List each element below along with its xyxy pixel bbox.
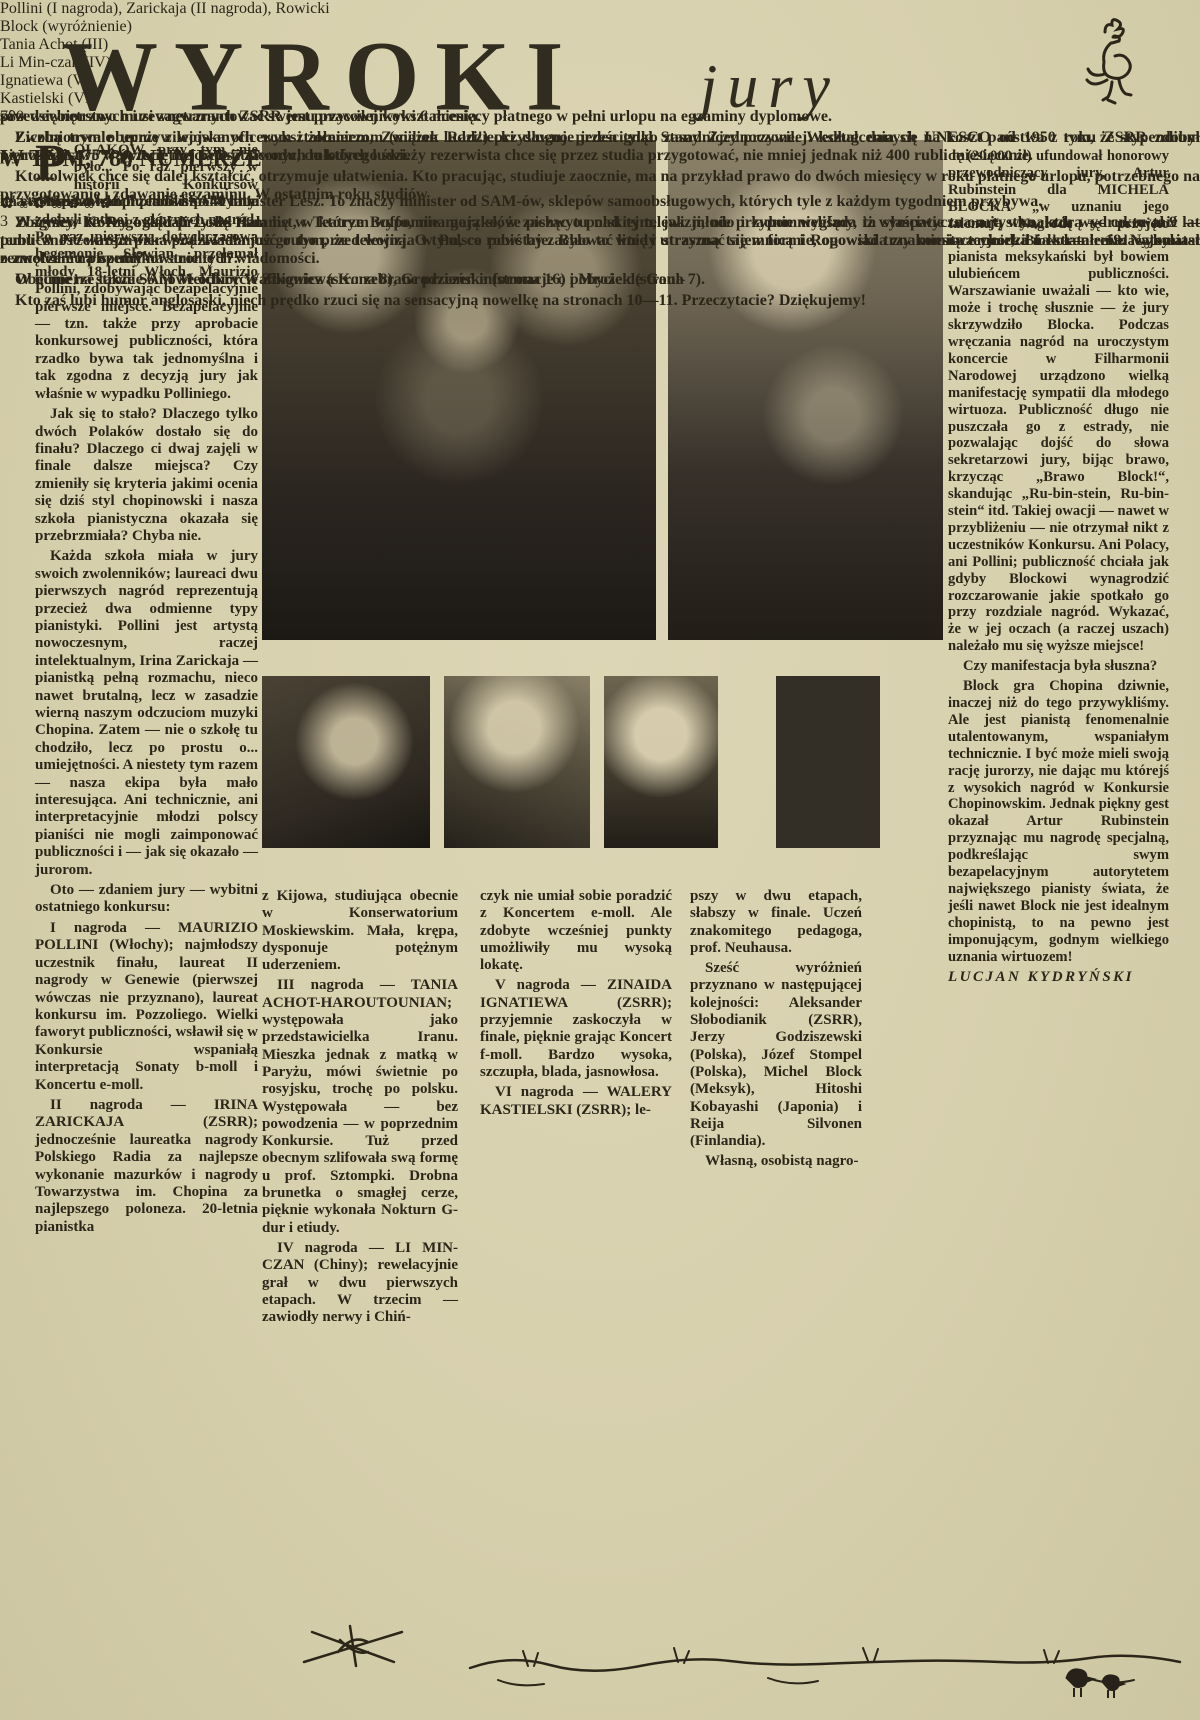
paragraph: Jak się to stało? Dlaczego tylko dwóch P… bbox=[35, 406, 258, 545]
paragraph: VI nagroda — WALERY KASTIELSKI (ZSRR); l… bbox=[480, 1084, 672, 1119]
paragraph: Oto — zdaniem jury — wybitni ostatniego … bbox=[35, 882, 258, 917]
article-column-3: czyk nie umiał sobie poradzić z Koncerte… bbox=[480, 888, 672, 1122]
rooster-icon bbox=[1078, 16, 1142, 117]
paragraph: z Kijowa, studiująca obecnie w Konserwat… bbox=[262, 888, 458, 974]
article-column-2: z Kijowa, studiująca obecnie w Konserwat… bbox=[262, 888, 458, 1329]
author-signature: LUCJAN KYDRYŃSKI bbox=[948, 969, 1169, 986]
paragraph: IV nagroda — LI MIN-CZAN (Chiny); rewela… bbox=[262, 1240, 458, 1326]
paragraph: I nagroda — MAURIZIO POLLINI (Włochy); n… bbox=[35, 920, 258, 1094]
paragraph: le'a w Warszawie przed blisko 40 laty. bbox=[0, 193, 1200, 211]
paragraph: Kto zaś lubi humor anglosaski, niech prę… bbox=[0, 292, 1200, 310]
bottom-article-column-2: przedsiębiorstwo musi zagwarantować swem… bbox=[0, 108, 1200, 168]
paragraph: czyk nie umiał sobie poradzić z Koncerte… bbox=[480, 888, 672, 974]
photo-tania-achot bbox=[262, 676, 430, 848]
paragraph: pszy w dwu etapach, słabszy w finale. Uc… bbox=[690, 888, 862, 957]
paragraph: Sześć wyróżnień przyznano w następującej… bbox=[690, 960, 862, 1150]
paragraph: Każda szkoła miała w jury swoich zwolenn… bbox=[35, 548, 258, 879]
paragraph: III nagroda — TANIA ACHOT-HAROUTOUNIAN; … bbox=[262, 977, 458, 1236]
paragraph: Własną, osobistą nagro- bbox=[690, 1153, 862, 1170]
paragraph: przedsiębiorstwo musi zagwarantować swem… bbox=[0, 108, 1200, 126]
paragraph: Czy manifestacja była słuszna? bbox=[948, 658, 1169, 675]
paragraph: II nagroda — IRINA ZARICKAJA (ZSRR); jed… bbox=[35, 1097, 258, 1236]
photo-li-min-czan bbox=[444, 676, 590, 848]
paragraph: W numerze także SAM Melchior Wańkowicz (… bbox=[0, 271, 1200, 289]
birds-icon bbox=[1058, 1652, 1132, 1707]
paragraph: Wszyscy, którzy oglądali Lodę Halamę w T… bbox=[0, 214, 1200, 268]
article-column-4: pszy w dwu etapach, słabszy w finale. Uc… bbox=[690, 888, 862, 1174]
dragonfly-icon bbox=[298, 1618, 408, 1677]
photo-ignatiewa bbox=[604, 676, 718, 848]
photo-caption-main: Pollini (I nagroda), Zarickaja (II nagro… bbox=[0, 0, 1200, 18]
paragraph: Zwolnionym obecnie z wojska oficerom i ż… bbox=[0, 129, 1200, 165]
paragraph: Block gra Chopina dziwnie, inaczej niż d… bbox=[948, 678, 1169, 965]
magazine-page: WYROKI jury POLAKÓW przy tym nie było...… bbox=[0, 0, 1200, 1720]
photo-kastielski bbox=[776, 676, 880, 848]
paragraph: V nagroda — ZINAIDA IGNATIEWA (ZSRR); pr… bbox=[480, 977, 672, 1081]
issue-box-column-2: le'a w Warszawie przed blisko 40 laty. W… bbox=[0, 193, 1200, 313]
